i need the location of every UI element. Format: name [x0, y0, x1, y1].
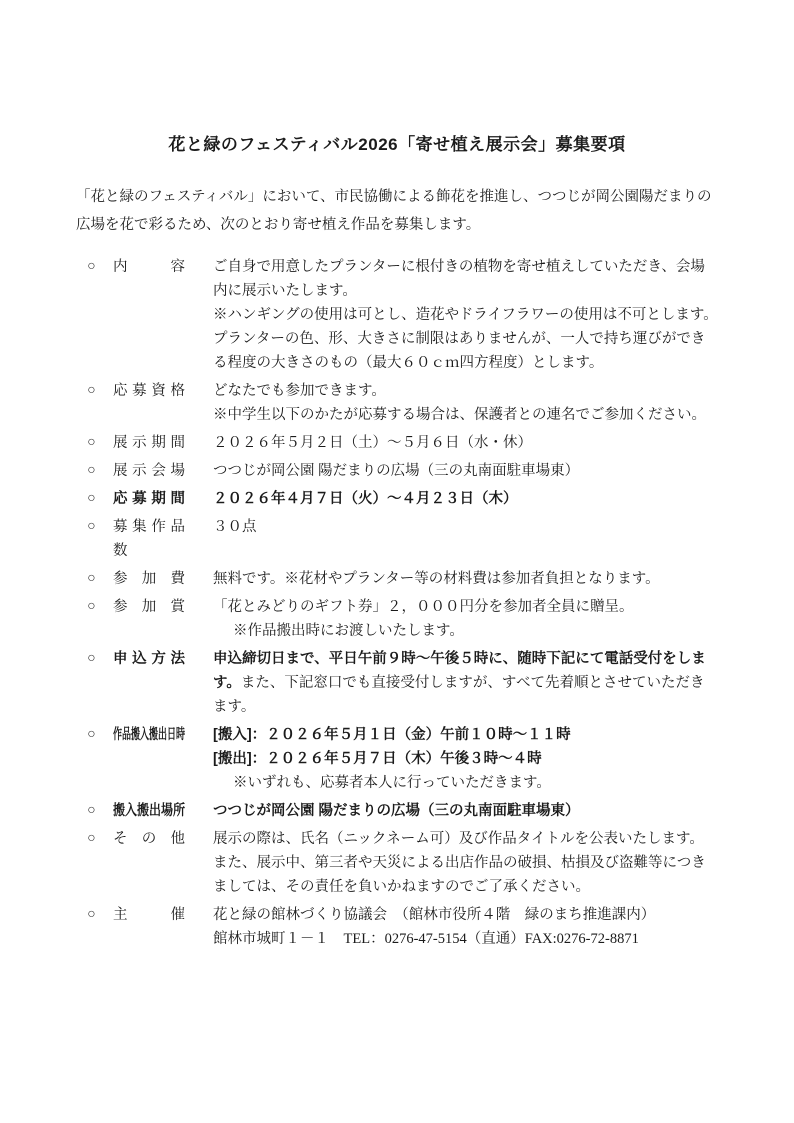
circle-bullet-icon: ○ [84, 487, 99, 511]
content-line: ※ハンギングの使用は可とし、造花やドライフラワーの使用は不可とします。 [213, 303, 776, 327]
item-label: 応募期間 [113, 487, 185, 511]
list-item: ○参加費無料です。※花材やプランター等の材料費は参加者負担となります。 [76, 567, 776, 591]
document-page: 花と緑のフェスティバル2026「寄せ植え展示会」募集要項 「花と緑のフェスティバ… [0, 0, 794, 1123]
item-content: ２０２６年４月７日（火）～４月２３日（木） [213, 487, 776, 511]
circle-bullet-icon: ○ [84, 459, 99, 483]
list-item: ○申込方法申込締切日まで、平日午前９時～午後５時に、随時下記にて電話受付をします… [76, 647, 776, 719]
list-item: ○主催花と緑の館林づくり協議会 （館林市役所４階 緑のまち推進課内）館林市城町１… [76, 903, 776, 951]
list-item: ○応募期間２０２６年４月７日（火）～４月２３日（木） [76, 487, 776, 511]
item-content: 「花とみどりのギフト券」２，０００円分を参加者全員に贈呈。※作品搬出時にお渡しい… [213, 595, 776, 643]
item-content: ご自身で用意したプランターに根付きの植物を寄せ植えしていただき、会場内に展示いた… [213, 255, 776, 375]
item-label-text: 募集作品数 [113, 515, 185, 563]
item-label-text: 作品搬入搬出日時 [113, 723, 185, 747]
content-line: ご自身で用意したプランターに根付きの植物を寄せ植えしていただき、会場 [213, 255, 776, 279]
content-line: ます。 [213, 695, 776, 719]
intro-paragraph: 「花と緑のフェスティバル」において、市民協働による飾花を推進し、つつじが岡公園陽… [76, 183, 744, 239]
text-segment: ます。 [213, 699, 255, 715]
text-segment: 無料です。※花材やプランター等の材料費は参加者負担となります。 [213, 571, 660, 587]
item-label: 応募資格 [113, 379, 185, 403]
item-label: 主催 [113, 903, 185, 927]
item-label-text: 応募期間 [113, 487, 185, 511]
document-title: 花と緑のフェスティバル2026「寄せ植え展示会」募集要項 [0, 130, 794, 155]
item-content: [搬入]：２０２６年５月１日（金）午前１０時～１１時[搬出]：２０２６年５月７日… [213, 723, 776, 795]
circle-bullet-icon: ○ [84, 567, 99, 591]
text-segment: ※作品搬出時にお渡しいたします。 [233, 623, 464, 639]
item-label: 内容 [113, 255, 185, 279]
item-content: 展示の際は、氏名（ニックネーム可）及び作品タイトルを公表いたします。また、展示中… [213, 827, 776, 899]
content-line: ※中学生以下のかたが応募する場合は、保護者との連名でご参加ください。 [213, 403, 776, 427]
content-line: ２０２６年５月２日（土）～５月６日（水・休） [213, 431, 776, 455]
content-line: また、展示中、第三者や天災による出店作品の破損、枯損及び盗難等につき [213, 851, 776, 875]
text-segment: ２０２６年４月７日（火）～４月２３日（木） [213, 491, 518, 507]
text-segment: 「花とみどりのギフト券」２，０００円分を参加者全員に贈呈。 [213, 599, 634, 615]
items-list: ○内容ご自身で用意したプランターに根付きの植物を寄せ植えしていただき、会場内に展… [76, 255, 776, 951]
list-item: ○展示期間２０２６年５月２日（土）～５月６日（水・休） [76, 431, 776, 455]
item-label-text: その他 [113, 827, 185, 851]
circle-bullet-icon: ○ [84, 431, 99, 455]
list-item: ○搬入搬出場所つつじが岡公園 陽だまりの広場（三の丸南面駐車場東） [76, 799, 776, 823]
list-item: ○展示会場つつじが岡公園 陽だまりの広場（三の丸南面駐車場東） [76, 459, 776, 483]
circle-bullet-icon: ○ [84, 647, 99, 671]
item-label: 搬入搬出場所 [113, 799, 185, 823]
item-label: 参加賞 [113, 595, 185, 619]
item-content: 花と緑の館林づくり協議会 （館林市役所４階 緑のまち推進課内）館林市城町１－１ … [213, 903, 776, 951]
text-segment: どなたでも参加できます。 [213, 383, 386, 399]
text-segment: ましては、その責任を負いかねますのでご了承ください。 [213, 879, 590, 895]
text-segment: す。 [213, 675, 241, 691]
text-segment: ２０２６年５月２日（土）～５月６日（水・休） [213, 435, 532, 451]
text-segment: る程度の大きさのもの（最大６０ｃｍ四方程度）とします。 [213, 355, 603, 371]
item-label: 展示会場 [113, 459, 185, 483]
item-content: どなたでも参加できます。※中学生以下のかたが応募する場合は、保護者との連名でご参… [213, 379, 776, 427]
item-label-text: 申込方法 [113, 647, 185, 671]
item-label: 展示期間 [113, 431, 185, 455]
item-label: 作品搬入搬出日時 [113, 723, 185, 747]
circle-bullet-icon: ○ [84, 827, 99, 851]
content-line: す。また、下記窓口でも直接受付しますが、すべて先着順とさせていただき [213, 671, 776, 695]
content-line: ※作品搬出時にお渡しいたします。 [213, 619, 776, 643]
item-content: つつじが岡公園 陽だまりの広場（三の丸南面駐車場東） [213, 799, 776, 823]
text-segment: ※中学生以下のかたが応募する場合は、保護者との連名でご参加ください。 [213, 407, 706, 423]
item-label: 参加費 [113, 567, 185, 591]
content-line: 無料です。※花材やプランター等の材料費は参加者負担となります。 [213, 567, 776, 591]
content-line: 展示の際は、氏名（ニックネーム可）及び作品タイトルを公表いたします。 [213, 827, 776, 851]
item-label-text: 参加費 [113, 567, 185, 591]
text-segment: 館林市城町１－１ TEL：0276-47-5154（直通）FAX:0276-72… [213, 931, 639, 947]
text-segment: ３０点 [213, 519, 257, 535]
text-segment: つつじが岡公園 陽だまりの広場（三の丸南面駐車場東） [213, 463, 579, 479]
content-line: 花と緑の館林づくり協議会 （館林市役所４階 緑のまち推進課内） [213, 903, 776, 927]
text-segment: 内に展示いたします。 [213, 283, 357, 299]
intro-line: 「花と緑のフェスティバル」において、市民協働による飾花を推進し、つつじが岡公園陽… [76, 183, 744, 211]
list-item: ○内容ご自身で用意したプランターに根付きの植物を寄せ植えしていただき、会場内に展… [76, 255, 776, 375]
circle-bullet-icon: ○ [84, 515, 99, 539]
content-line: どなたでも参加できます。 [213, 379, 776, 403]
content-line: ３０点 [213, 515, 776, 539]
item-label-text: 搬入搬出場所 [113, 799, 185, 823]
item-content: 申込締切日まで、平日午前９時～午後５時に、随時下記にて電話受付をします。また、下… [213, 647, 776, 719]
content-line: 申込締切日まで、平日午前９時～午後５時に、随時下記にて電話受付をしま [213, 647, 776, 671]
content-line: つつじが岡公園 陽だまりの広場（三の丸南面駐車場東） [213, 459, 776, 483]
list-item: ○参加賞「花とみどりのギフト券」２，０００円分を参加者全員に贈呈。※作品搬出時に… [76, 595, 776, 643]
circle-bullet-icon: ○ [84, 379, 99, 403]
item-content: 無料です。※花材やプランター等の材料費は参加者負担となります。 [213, 567, 776, 591]
list-item: ○その他展示の際は、氏名（ニックネーム可）及び作品タイトルを公表いたします。また… [76, 827, 776, 899]
content-line: 館林市城町１－１ TEL：0276-47-5154（直通）FAX:0276-72… [213, 927, 776, 951]
item-label: その他 [113, 827, 185, 851]
content-line: ※いずれも、応募者本人に行っていただきます。 [213, 771, 776, 795]
content-line: プランターの色、形、大きさに制限はありませんが、一人で持ち運びができ [213, 327, 776, 351]
list-item: ○募集作品数３０点 [76, 515, 776, 563]
text-segment: また、展示中、第三者や天災による出店作品の破損、枯損及び盗難等につき [213, 855, 706, 871]
intro-line: 広場を花で彩るため、次のとおり寄せ植え作品を募集します。 [76, 211, 744, 239]
item-content: ３０点 [213, 515, 776, 539]
item-label-text: 展示期間 [113, 431, 185, 455]
item-label-text: 応募資格 [113, 379, 185, 403]
list-item: ○作品搬入搬出日時[搬入]：２０２６年５月１日（金）午前１０時～１１時[搬出]：… [76, 723, 776, 795]
circle-bullet-icon: ○ [84, 903, 99, 927]
text-segment: [搬入]：２０２６年５月１日（金）午前１０時～１１時 [213, 727, 571, 743]
text-segment: また、下記窓口でも直接受付しますが、すべて先着順とさせていただき [241, 675, 705, 691]
content-line: ましては、その責任を負いかねますのでご了承ください。 [213, 875, 776, 899]
text-segment: ※いずれも、応募者本人に行っていただきます。 [233, 775, 551, 791]
circle-bullet-icon: ○ [84, 595, 99, 619]
item-label-text: 主催 [113, 903, 185, 927]
circle-bullet-icon: ○ [84, 255, 99, 279]
text-segment: プランターの色、形、大きさに制限はありませんが、一人で持ち運びができ [213, 331, 705, 347]
item-label-text: 参加賞 [113, 595, 185, 619]
circle-bullet-icon: ○ [84, 723, 99, 747]
content-line: 内に展示いたします。 [213, 279, 776, 303]
text-segment: 展示の際は、氏名（ニックネーム可）及び作品タイトルを公表いたします。 [213, 831, 704, 847]
text-segment: 申込締切日まで、平日午前９時～午後５時に、随時下記にて電話受付をしま [213, 651, 706, 667]
content-line: ２０２６年４月７日（火）～４月２３日（木） [213, 487, 776, 511]
text-segment: つつじが岡公園 陽だまりの広場（三の丸南面駐車場東） [213, 803, 580, 819]
content-line: つつじが岡公園 陽だまりの広場（三の丸南面駐車場東） [213, 799, 776, 823]
item-label: 申込方法 [113, 647, 185, 671]
item-content: ２０２６年５月２日（土）～５月６日（水・休） [213, 431, 776, 455]
content-line: [搬入]：２０２６年５月１日（金）午前１０時～１１時 [213, 723, 776, 747]
content-line: 「花とみどりのギフト券」２，０００円分を参加者全員に贈呈。 [213, 595, 776, 619]
text-segment: [搬出]：２０２６年５月７日（木）午後３時～４時 [213, 751, 542, 767]
content-line: [搬出]：２０２６年５月７日（木）午後３時～４時 [213, 747, 776, 771]
text-segment: 花と緑の館林づくり協議会 （館林市役所４階 緑のまち推進課内） [213, 907, 655, 923]
list-item: ○応募資格どなたでも参加できます。※中学生以下のかたが応募する場合は、保護者との… [76, 379, 776, 427]
item-label-text: 内容 [113, 255, 185, 279]
text-segment: ※ハンギングの使用は可とし、造花やドライフラワーの使用は不可とします。 [213, 307, 718, 323]
circle-bullet-icon: ○ [84, 799, 99, 823]
item-label-text: 展示会場 [113, 459, 185, 483]
item-label: 募集作品数 [113, 515, 185, 563]
item-content: つつじが岡公園 陽だまりの広場（三の丸南面駐車場東） [213, 459, 776, 483]
text-segment: ご自身で用意したプランターに根付きの植物を寄せ植えしていただき、会場 [213, 259, 705, 275]
content-line: る程度の大きさのもの（最大６０ｃｍ四方程度）とします。 [213, 351, 776, 375]
